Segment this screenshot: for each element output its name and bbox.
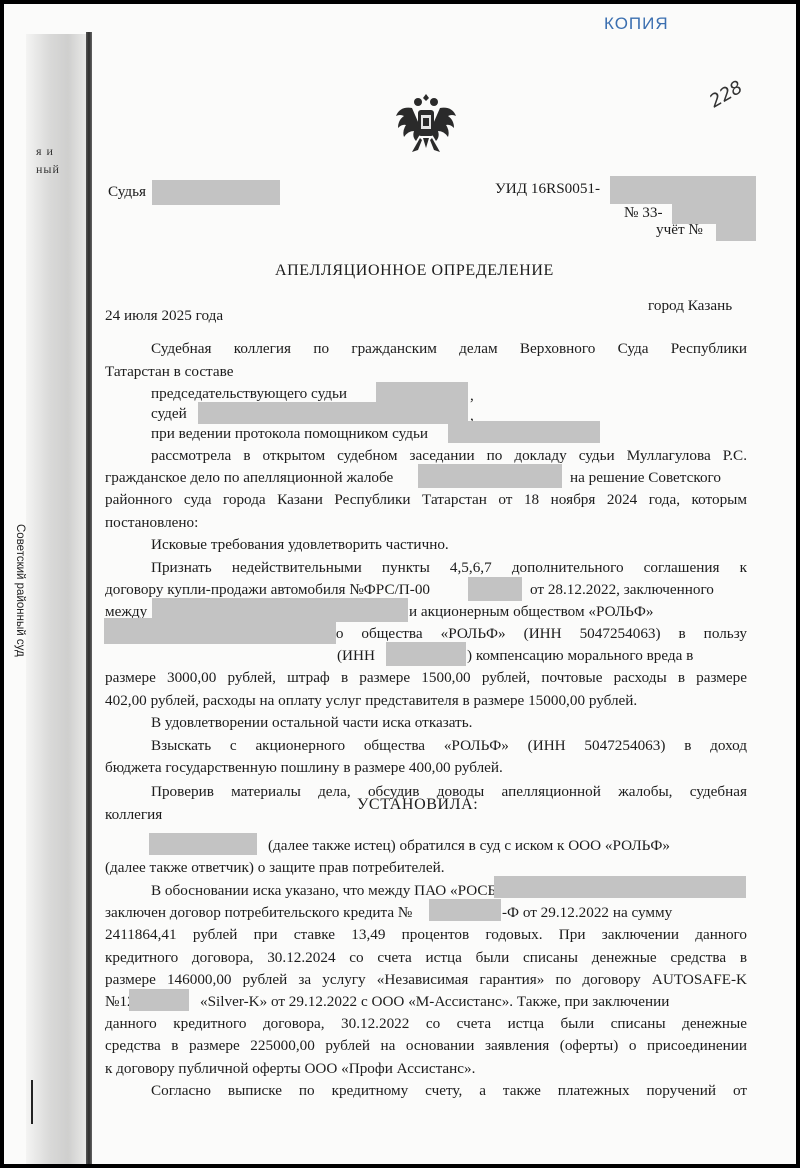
copy-stamp: КОПИЯ bbox=[604, 14, 669, 34]
body-line: ) компенсацию морального вреда в bbox=[467, 648, 693, 663]
uid-label: УИД 16RS0051- bbox=[495, 181, 600, 196]
judge-label: Судья bbox=[108, 184, 146, 199]
body-line: кредитного договора, 30.12.2024 со счета… bbox=[105, 950, 747, 965]
body-line: (далее также истец) обратился в суд с ис… bbox=[268, 838, 670, 853]
body-line: председательствующего судьи bbox=[151, 386, 347, 401]
body-line: к договору публичной оферты ООО «Профи А… bbox=[105, 1061, 475, 1076]
redacted-plaintiff-intro bbox=[149, 833, 257, 855]
comma: , bbox=[470, 388, 474, 403]
body-line: Исковые требования удовлетворить частичн… bbox=[151, 537, 449, 552]
body-line: рассмотрела в открытом судебном заседани… bbox=[151, 448, 747, 463]
handwritten-page-number: 228 bbox=[706, 77, 746, 112]
body-line: заключен договор потребительского кредит… bbox=[105, 905, 412, 920]
document-city: город Казань bbox=[648, 298, 732, 313]
redacted-appellant bbox=[418, 464, 562, 488]
coat-of-arms-icon bbox=[390, 90, 462, 162]
body-line: -Ф от 29.12.2022 на сумму bbox=[502, 905, 672, 920]
body-line: бюджета государственную пошлину в размер… bbox=[105, 760, 503, 775]
body-line: и акционерным обществом «РОЛЬФ» bbox=[409, 604, 653, 619]
binding-shadow bbox=[86, 32, 92, 1164]
body-line: средства в размере 225000,00 рублей на о… bbox=[105, 1038, 747, 1053]
redacted-credit-number bbox=[429, 899, 501, 921]
strip-text-1: я и bbox=[36, 144, 54, 159]
body-line: гражданское дело по апелляционной жалобе bbox=[105, 470, 393, 485]
body-line: от 28.12.2022, заключенного bbox=[530, 582, 714, 597]
section-title: УСТАНОВИЛА: bbox=[357, 796, 478, 814]
margin-mark bbox=[31, 1080, 33, 1124]
redacted-presiding-judge bbox=[376, 382, 468, 404]
document-page: я и ный Советский районный суд КОПИЯ 228… bbox=[4, 4, 796, 1164]
redacted-plaintiff-name bbox=[104, 618, 336, 644]
body-line: данного кредитного договора, 30.12.2022 … bbox=[105, 1016, 747, 1031]
body-line: при ведении протокола помощником судьи bbox=[151, 426, 428, 441]
body-line: 2411864,41 рублей при ставке 13,49 проце… bbox=[105, 927, 747, 942]
body-line: размере 146000,00 рублей за услугу «Неза… bbox=[105, 972, 747, 987]
document-title: АПЕЛЛЯЦИОННОЕ ОПРЕДЕЛЕНИЕ bbox=[275, 262, 554, 280]
body-line: коллегия bbox=[105, 807, 162, 822]
body-line: 402,00 рублей, расходы на оплату услуг п… bbox=[105, 693, 637, 708]
body-line: Татарстан в составе bbox=[105, 364, 233, 379]
body-line: Признать недействительными пункты 4,5,6,… bbox=[151, 560, 747, 575]
court-stamp-vertical: Советский районный суд bbox=[4, 524, 32, 694]
body-line: между bbox=[105, 604, 147, 619]
redacted-judges bbox=[198, 402, 468, 424]
redacted-contract-number bbox=[468, 577, 522, 601]
body-line: на решение Советского bbox=[570, 470, 721, 485]
registry-label: учёт № bbox=[656, 222, 703, 237]
body-line: В обосновании иска указано, что между ПА… bbox=[151, 883, 548, 898]
redacted-inn bbox=[386, 642, 466, 666]
body-line: (ИНН bbox=[337, 648, 375, 663]
document-date: 24 июля 2025 года bbox=[105, 308, 223, 323]
body-line: судей bbox=[151, 406, 187, 421]
body-line: «Silver-K» от 29.12.2022 с ООО «М-Ассист… bbox=[200, 994, 669, 1009]
body-line: Судебная коллегия по гражданским делам В… bbox=[151, 341, 747, 356]
body-line: постановлено: bbox=[105, 515, 198, 530]
body-line: (далее также ответчик) о защите прав пот… bbox=[105, 860, 445, 875]
body-line: Согласно выписке по кредитному счету, а … bbox=[151, 1083, 747, 1098]
body-line: Взыскать с акционерного общества «РОЛЬФ»… bbox=[151, 738, 747, 753]
redacted-autosafe-number bbox=[129, 989, 189, 1011]
previous-page-edge bbox=[26, 34, 86, 1164]
redacted-registry-number bbox=[716, 219, 756, 241]
redacted-assistant-judge bbox=[448, 421, 600, 443]
redacted-uid bbox=[610, 176, 756, 204]
body-line: размере 3000,00 рублей, штраф в размере … bbox=[105, 670, 747, 685]
body-line: договору купли-продажи автомобиля №ФРС/П… bbox=[105, 582, 430, 597]
redacted-judge-name bbox=[152, 180, 280, 205]
redacted-borrower bbox=[494, 876, 746, 898]
case-number-label: № 33- bbox=[624, 205, 663, 220]
strip-text-2: ный bbox=[36, 162, 60, 177]
body-line: районного суда города Казани Республики … bbox=[105, 492, 747, 507]
body-line: В удовлетворении остальной части иска от… bbox=[151, 715, 472, 730]
